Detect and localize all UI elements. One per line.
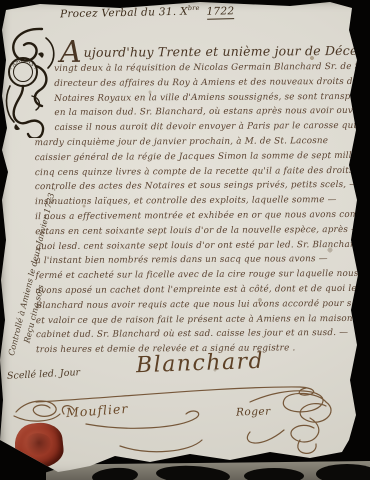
manuscript-line-text: quoi lesd. cent soixante sept louis d'or…: [35, 239, 360, 251]
manuscript-line-text: estans en cent soixante sept louis d'or …: [35, 225, 360, 237]
manuscript-line-text: Blanchard nous avoir requis acte que nou…: [36, 299, 370, 311]
body-text: Aujourd'huy Trente et unième jour de Déc…: [34, 41, 358, 358]
manuscript-line-text: en la maison dud. Sr. Blanchard, où esta…: [54, 106, 370, 118]
manuscript-line-text: cabinet dud. Sr. Blanchard où est sad. c…: [36, 328, 348, 340]
manuscript-line-text: cinq cens quinze livres à compte de la r…: [35, 165, 370, 177]
manuscript-line: directeur des affaires du Roy à Amiens e…: [54, 75, 356, 92]
manuscript-line: caissier général de la régie de Jacques …: [35, 149, 357, 166]
sealed-note: Scellé led. Jour: [7, 367, 81, 382]
red-wax-seal: [13, 421, 65, 471]
manuscript-line-text: mardy cinquième jour de janvier prochain…: [35, 136, 329, 148]
background-shadow-blob: [244, 468, 304, 480]
wax-seal-impression: [23, 432, 52, 457]
signature-roger: Roger: [236, 405, 271, 418]
roger-paraph: [300, 402, 331, 422]
manuscript-line-text: caissier général de la régie de Jacques …: [35, 151, 358, 163]
manuscript-line-text: fermé et cacheté sur la ficelle avec de …: [35, 269, 358, 281]
scanned-manuscript-photo: · AMIENS · Procez Verbal du 31. Xbre 172…: [0, 0, 370, 480]
scelle-paraph: [14, 414, 60, 421]
roger-paraph-tail: [298, 440, 316, 453]
header-date-line: Procez Verbal du 31. Xbre 1722: [60, 3, 235, 20]
manuscript-line-text: insinuations laïques, et controlle des e…: [35, 195, 337, 207]
blanchard-underline-flourish: [36, 387, 314, 402]
manuscript-line-text: et valoir ce que de raison fait le prése…: [36, 313, 370, 325]
mouflier-tail-flourish: [120, 440, 202, 452]
stamp-leaf: [14, 124, 20, 130]
signature-mouflier: Mouflier: [66, 401, 129, 420]
manuscript-line-text: caisse il nous auroit dit devoir envoyer…: [54, 121, 370, 133]
manuscript-line-text: avons aposé un cachet dont l'empreinte e…: [36, 284, 370, 296]
manuscript-line-text: à l'instant bien nombrés remis dans un s…: [35, 254, 327, 266]
manuscript-line: estans en cent soixante sept louis d'or …: [35, 223, 357, 240]
manuscript-line-text: Aujourd'huy Trente et unième jour de Déc…: [60, 42, 370, 60]
manuscript-line-text: controlle des actes des Notaires et sous…: [35, 180, 358, 192]
manuscript-line-text: directeur des affaires du Roy à Amiens e…: [54, 76, 370, 89]
manuscript-line: Aujourd'huy Trente et unième jour de Déc…: [60, 41, 356, 62]
header-superscript: bre: [188, 4, 200, 12]
manuscript-line-text: vingt deux à la réquisition de Nicolas G…: [54, 61, 370, 73]
roger-paraph-tail: [247, 430, 284, 443]
manuscript-line: cabinet dud. Sr. Blanchard où est sad. c…: [36, 326, 358, 343]
manuscript-paper: · AMIENS · Procez Verbal du 31. Xbre 172…: [0, 0, 370, 480]
manuscript-line-text: Notaires Royaux en la ville d'Amiens sou…: [54, 91, 370, 103]
background-shadow-blob: [316, 464, 370, 480]
background-shadow-blob: [91, 466, 138, 480]
signature-blanchard: Blanchard: [136, 349, 265, 378]
manuscript-line: Blanchard nous avoir requis acte que nou…: [36, 297, 358, 314]
header-text: Procez Verbal du 31. X: [60, 6, 188, 21]
scelle-paraph: [16, 401, 56, 416]
roger-paraph: [291, 418, 319, 442]
header-year: 1722: [206, 5, 234, 20]
manuscript-line-text: il nous a effectivement montrée et exhib…: [35, 210, 370, 222]
background-shadow-blob: [156, 464, 231, 480]
